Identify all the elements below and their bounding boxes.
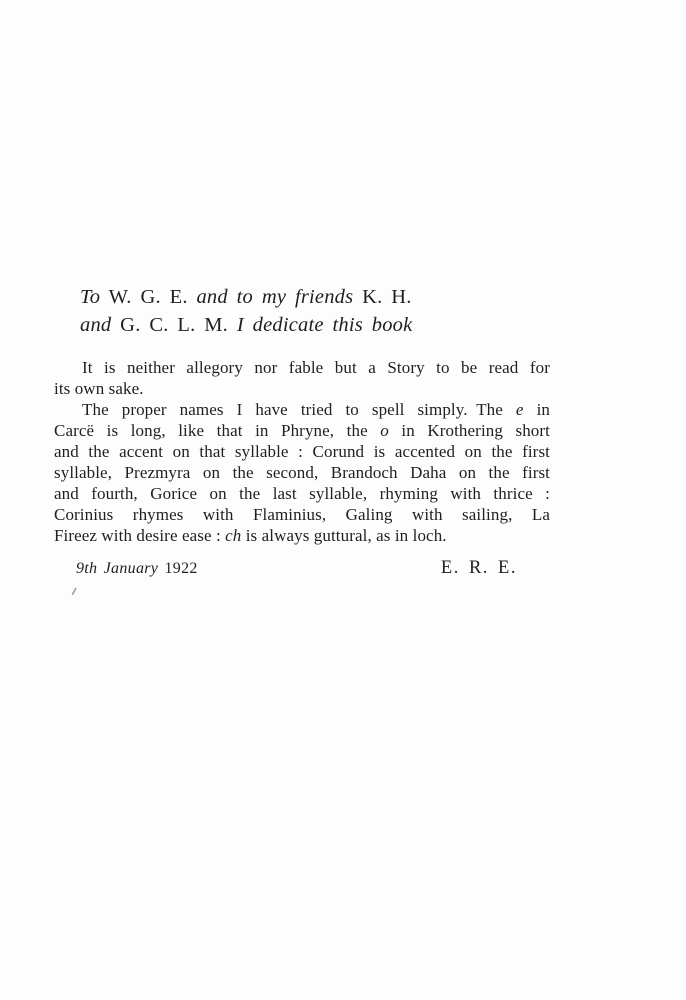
text-segment: and the accent on that syllable : Corund… [54, 442, 550, 461]
text-line: and fourth, Gorice on the last syllable,… [54, 483, 550, 504]
text-segment: Corinius rhymes with Flaminius, Galing w… [54, 505, 550, 524]
italic-text: and to my friends [196, 286, 353, 308]
paragraph-pronunciation-note: The proper names I have tried to spell s… [54, 399, 550, 546]
text-segment: The proper names I have tried to spell s… [82, 400, 516, 419]
paragraph-story-note: It is neither allegory nor fable but a S… [54, 357, 550, 399]
text-segment: G. C. L. M. [111, 314, 236, 336]
text-line: It is neither allegory nor fable but a S… [54, 357, 550, 378]
date: 9th January 1922 [76, 560, 198, 578]
text-segment: syllable, Prezmyra on the second, Brando… [54, 463, 550, 482]
author-initials: E. R. E. [441, 558, 517, 579]
text-line: Corinius rhymes with Flaminius, Galing w… [54, 504, 550, 525]
text-segment: in [524, 400, 550, 419]
text-segment: Carcë is long, like that in Phryne, the [54, 421, 380, 440]
text-segment: and fourth, Gorice on the last syllable,… [54, 484, 550, 503]
print-artifact-mark [71, 587, 79, 596]
italic-text: 9th January [76, 560, 164, 577]
italic-text: o [380, 421, 389, 440]
text-segment: K. H. [353, 286, 411, 308]
text-line: The proper names I have tried to spell s… [54, 399, 550, 420]
text-segment: W. G. E. [100, 286, 196, 308]
dateline: 9th January 1922 E. R. E. [54, 558, 550, 579]
text-segment: is always guttural, as in loch. [241, 526, 446, 545]
dedication: To W. G. E. and to my friends K. H.and G… [80, 283, 520, 339]
italic-text: ch [225, 526, 241, 545]
text-segment: It is neither allegory nor fable but a S… [82, 358, 550, 377]
text-line: To W. G. E. and to my friends K. H. [80, 283, 520, 311]
text-line: Carcë is long, like that in Phryne, the … [54, 420, 550, 441]
text-line: and the accent on that syllable : Corund… [54, 441, 550, 462]
text-segment: 1922 [164, 560, 197, 577]
text-line: Fireez with desire ease : ch is always g… [54, 525, 550, 546]
italic-text: To [80, 286, 100, 308]
book-page: To W. G. E. and to my friends K. H.and G… [0, 0, 686, 1000]
text-segment: in Krothering short [389, 421, 550, 440]
text-segment: its own sake. [54, 379, 144, 398]
text-line: its own sake. [54, 378, 550, 399]
text-line: syllable, Prezmyra on the second, Brando… [54, 462, 550, 483]
italic-text: e [516, 400, 524, 419]
italic-text: and [80, 314, 111, 336]
italic-text: I dedicate this book [237, 314, 413, 336]
text-line: and G. C. L. M. I dedicate this book [80, 311, 520, 339]
text-segment: Fireez with desire ease : [54, 526, 225, 545]
body-text: It is neither allegory nor fable but a S… [54, 357, 550, 546]
